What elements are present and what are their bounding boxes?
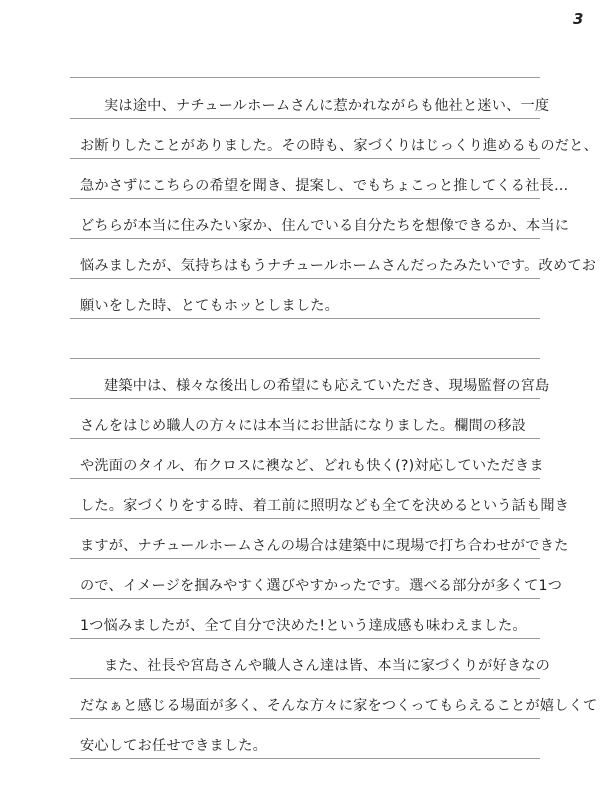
ruled-line xyxy=(70,438,540,439)
handwritten-line: また、社長や宮島さんや職人さん達は皆、本当に家づくりが好きなの xyxy=(104,657,564,675)
ruled-line xyxy=(70,758,540,759)
handwritten-line: さんをはじめ職人の方々には本当にお世話になりました。欄間の移設 xyxy=(80,417,540,435)
ruled-line xyxy=(70,318,540,319)
handwritten-line: どちらが本当に住みたい家か、住んでいる自分たちを想像できるか、本当に xyxy=(80,217,540,235)
ruled-line xyxy=(70,478,540,479)
handwritten-line: お断りしたことがありました。その時も、家づくりはじっくり進めるものだと、 xyxy=(80,137,540,155)
ruled-line xyxy=(70,158,540,159)
handwritten-line: ので、イメージを掴みやすく選びやすかったです。選べる部分が多くて1つ xyxy=(80,577,540,595)
handwritten-line: 願いをした時、とてもホッとしました。 xyxy=(80,297,540,315)
ruled-line xyxy=(70,558,540,559)
handwritten-line: だなぁと感じる場面が多く、そんな方々に家をつくってもらえることが嬉しくて xyxy=(80,697,540,715)
handwritten-line: 急かさずにこちらの希望を聞き、提案し、でもちょこっと推してくる社長… xyxy=(80,177,540,195)
ruled-line xyxy=(70,278,540,279)
ruled-line xyxy=(70,398,540,399)
handwritten-line: ますが、ナチュールホームさんの場合は建築中に現場で打ち合わせができた xyxy=(80,537,540,555)
handwritten-line: 実は途中、ナチュールホームさんに惹かれながらも他社と迷い、一度 xyxy=(104,97,564,115)
handwritten-line: した。家づくりをする時、着工前に照明なども全てを決めるという話も聞き xyxy=(80,497,540,515)
handwritten-line: 悩みましたが、気持ちはもうナチュールホームさんだったみたいです。改めてお xyxy=(80,257,540,275)
ruled-line xyxy=(70,358,540,359)
handwritten-line: 1つ悩みましたが、全て自分で決めた!という達成感も味わえました。 xyxy=(80,617,540,635)
ruled-line xyxy=(70,638,540,639)
letter-sheet: 実は途中、ナチュールホームさんに惹かれながらも他社と迷い、一度お断りしたことがあ… xyxy=(0,0,600,800)
handwritten-line: 建築中は、様々な後出しの希望にも応えていただき、現場監督の宮島 xyxy=(104,377,564,395)
ruled-line xyxy=(70,518,540,519)
handwritten-line: や洗面のタイル、布クロスに襖など、どれも快く(?)対応していただきま xyxy=(80,457,540,475)
ruled-line xyxy=(70,77,540,78)
ruled-line xyxy=(70,598,540,599)
ruled-line xyxy=(70,678,540,679)
handwritten-line: 安心してお任せできました。 xyxy=(80,737,540,755)
ruled-line xyxy=(70,118,540,119)
ruled-line xyxy=(70,238,540,239)
ruled-line xyxy=(70,198,540,199)
ruled-line xyxy=(70,718,540,719)
